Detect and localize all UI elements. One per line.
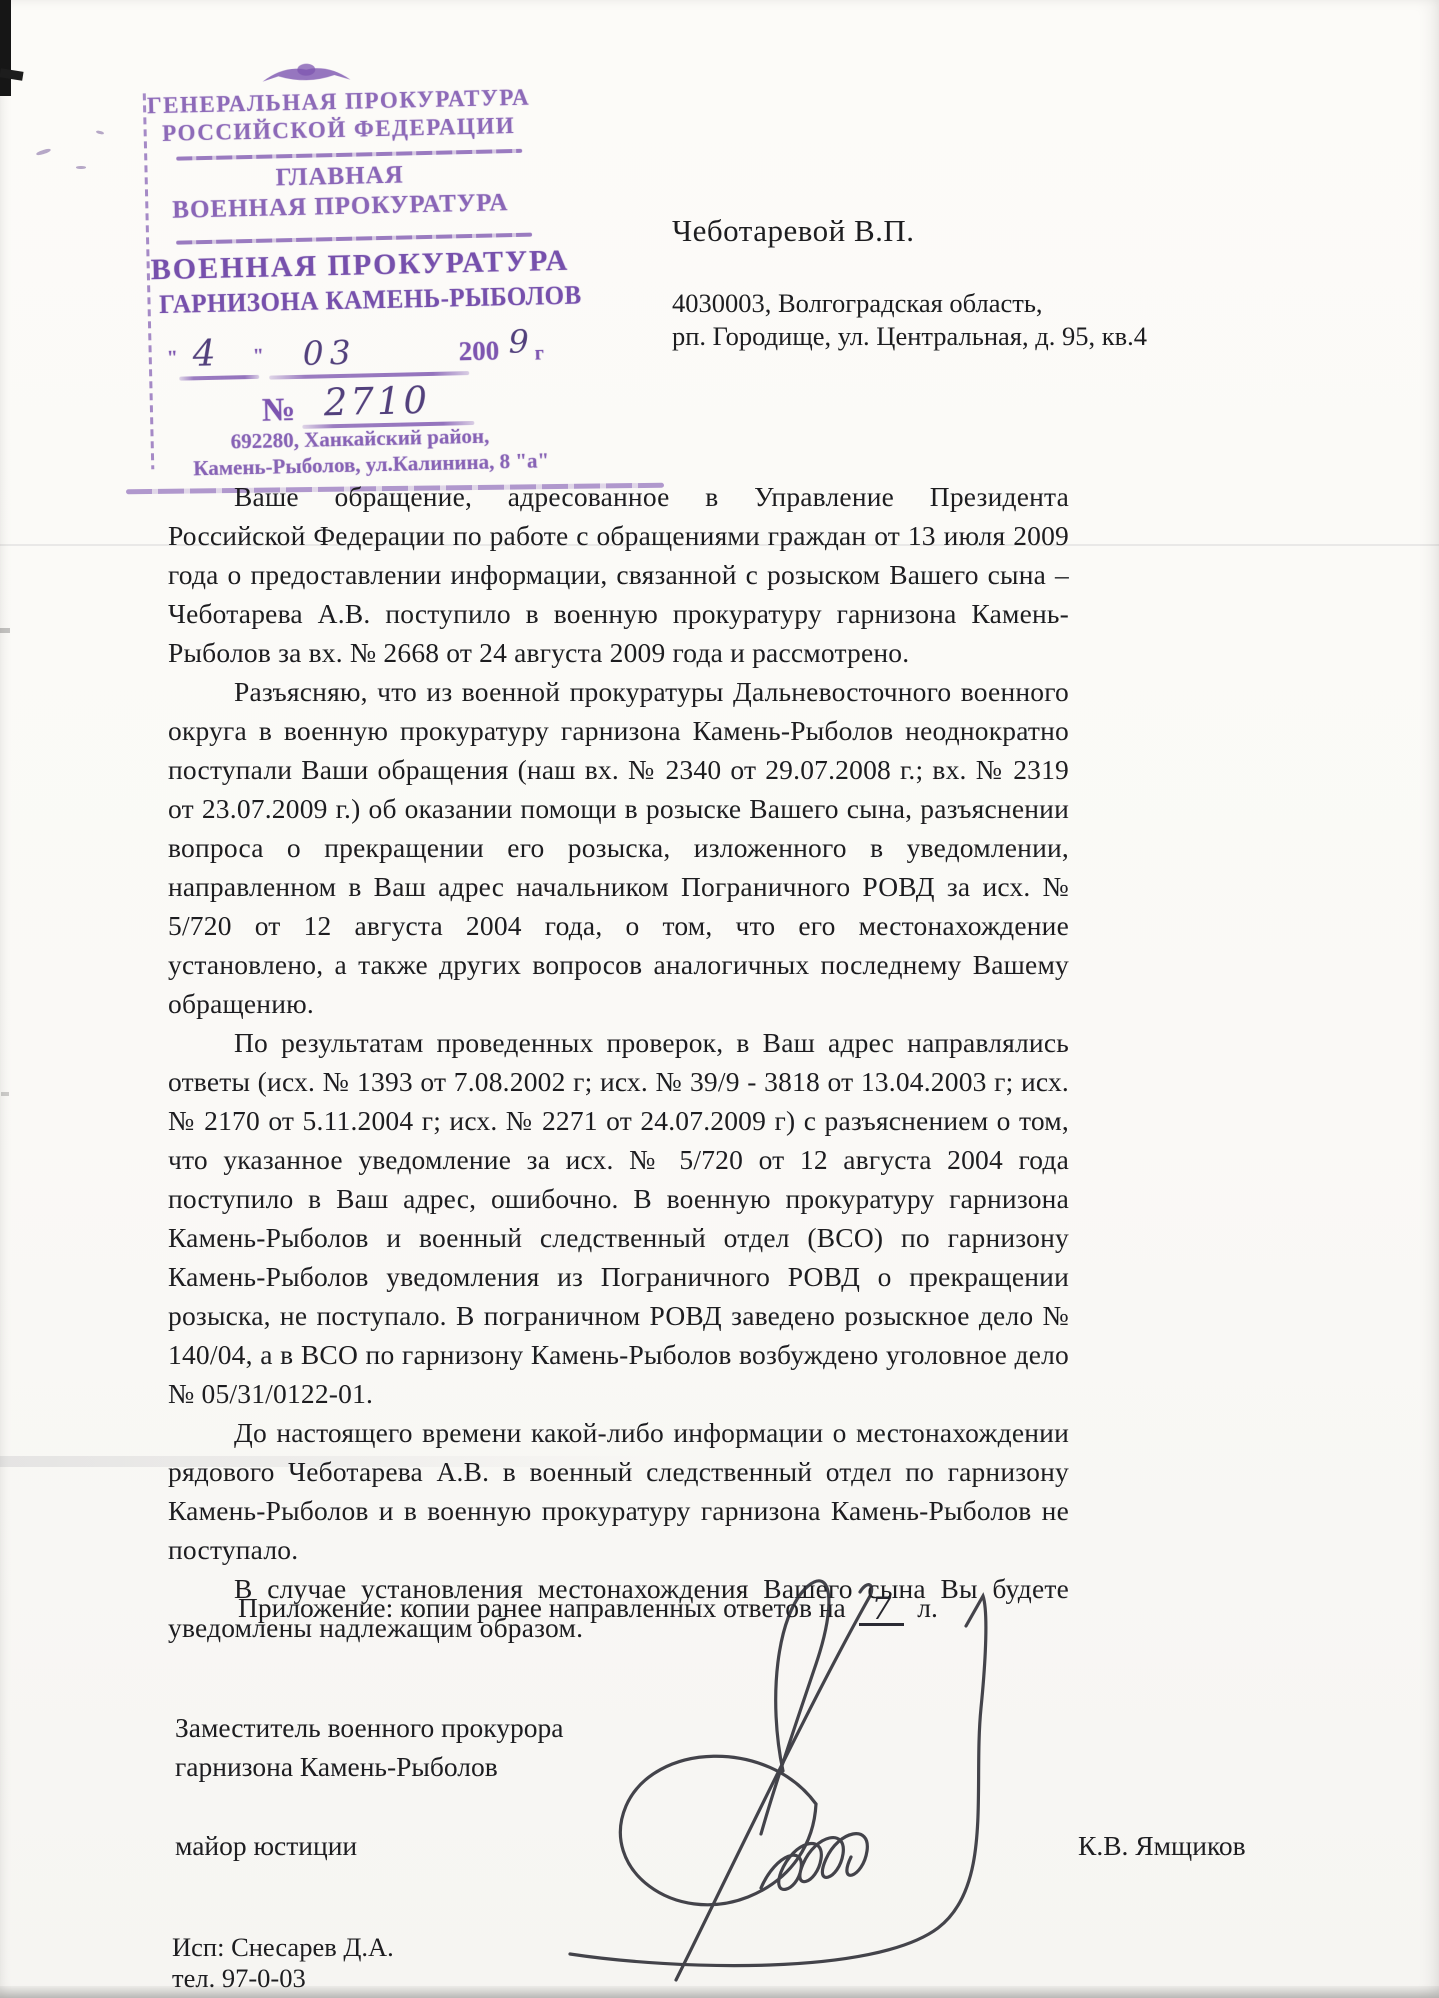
stamp-emblem-icon <box>250 59 363 89</box>
letter-body: Ваше обращение, адресованное в Управлени… <box>168 477 1069 1647</box>
stamp-divider <box>176 233 532 245</box>
stamp-date-open-quote: " <box>167 347 179 370</box>
signer-name: К.В. Ямщиков <box>1078 1830 1246 1862</box>
body-paragraph-3: По результатам проведенных проверок, в В… <box>168 1023 1069 1413</box>
ink-speck <box>76 166 86 169</box>
stamp-unit-line2: ГАРНИЗОНА КАМЕНЬ-РЫБОЛОВ <box>159 282 526 320</box>
stamp-date-day-underline <box>179 375 259 381</box>
stamp-year-suffix: г <box>535 342 545 365</box>
stamp-dept-line2: ВОЕННАЯ ПРОКУРАТУРА <box>149 189 532 226</box>
recipient-address-line2: рп. Городище, ул. Центральная, д. 95, кв… <box>672 321 1147 352</box>
signer-position-line2: гарнизона Камень-Рыболов <box>175 1751 498 1783</box>
body-paragraph-2: Разъясняю, что из военной прокуратуры Да… <box>168 672 1069 1023</box>
executor-name: Исп: Снесарев Д.А. <box>172 1932 394 1963</box>
ink-speck <box>96 130 104 135</box>
stamp-number-label: № <box>262 392 296 430</box>
scan-artifact-edge-mark <box>0 628 10 633</box>
scan-artifact-corner-strip <box>0 0 11 96</box>
executor-phone: тел. 97-0-03 <box>172 1963 306 1994</box>
stamp-date-day-handwritten: 4 <box>192 334 216 376</box>
body-paragraph-4: До настоящего времени какой-либо информа… <box>168 1413 1069 1569</box>
stamp-number-value-handwritten: 2710 <box>323 379 430 424</box>
stamp-year-prefix: 200 <box>458 335 499 367</box>
scan-artifact-edge-mark <box>1 1092 9 1096</box>
recipient-name: Чеботаревой В.П. <box>672 213 915 249</box>
handwritten-signature <box>478 1566 1040 1990</box>
prosecutor-office-stamp: ГЕНЕРАЛЬНАЯ ПРОКУРАТУРА РОССИЙСКОЙ ФЕДЕР… <box>116 50 572 492</box>
signer-rank: майор юстиции <box>175 1830 357 1862</box>
recipient-address-line1: 4030003, Волгоградская область, <box>672 288 1043 319</box>
ink-speck <box>36 148 52 156</box>
stamp-date-close-quote: " <box>253 345 265 368</box>
body-paragraph-1: Ваше обращение, адресованное в Управлени… <box>168 477 1069 672</box>
stamp-divider <box>176 149 522 161</box>
scanned-letter-page: ГЕНЕРАЛЬНАЯ ПРОКУРАТУРА РОССИЙСКОЙ ФЕДЕР… <box>0 0 1439 1998</box>
stamp-date-month-underline <box>269 371 469 380</box>
stamp-year-digit-handwritten: 9 <box>508 323 529 361</box>
stamp-unit-line1: ВОЕННАЯ ПРОКУРАТУРА <box>150 245 533 288</box>
stamp-date-month-handwritten: 03 <box>302 333 357 373</box>
